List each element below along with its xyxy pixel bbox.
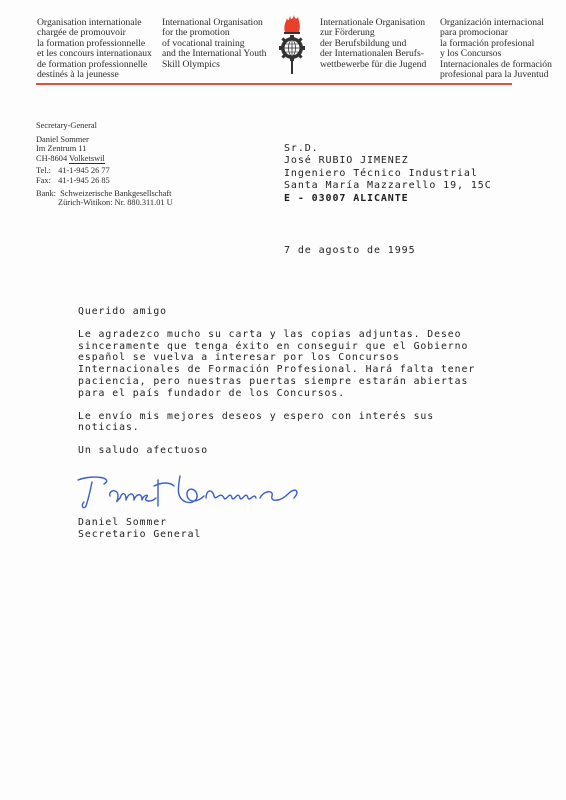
tel-number: 41-1-945 26 77 bbox=[58, 166, 110, 175]
letterhead-german: Internationale Organisationzur Förderung… bbox=[320, 18, 426, 70]
letterhead-english: International Organisationfor the promot… bbox=[162, 18, 266, 70]
paragraph-2: Le envío mis mejores deseos y espero con… bbox=[78, 411, 475, 435]
bank-name: Schweizerische Bankgesellschaft bbox=[60, 189, 171, 198]
body-line: Internacionales de Formación Profesional… bbox=[78, 364, 475, 376]
sender-city: Volketswil bbox=[69, 154, 105, 164]
fax-label: Fax: bbox=[36, 176, 56, 186]
letterhead-line: destinés à la jeunesse bbox=[37, 70, 152, 80]
body-line: sinceramente que tenga éxito en consegui… bbox=[78, 341, 475, 353]
recipient-address: Sr.D. José RUBIO JIMENEZ Ingeniero Técni… bbox=[284, 143, 492, 205]
body-line: español se vuelva a interesar por los Co… bbox=[78, 352, 475, 364]
letterhead-french: Organisation internationalechargée de pr… bbox=[37, 18, 152, 80]
signoff-name: Daniel Sommer bbox=[78, 517, 201, 529]
letterhead-divider bbox=[36, 83, 512, 85]
recipient-name: José RUBIO JIMENEZ bbox=[284, 155, 492, 167]
sender-postal-prefix: CH-8604 bbox=[36, 154, 67, 163]
letterhead-line: wettbewerbe für die Jugend bbox=[320, 60, 426, 70]
greeting: Querido amigo bbox=[78, 306, 475, 318]
sender-street: Im Zentrum 11 bbox=[36, 144, 173, 154]
body-line: Le envío mis mejores deseos y espero con… bbox=[78, 411, 475, 423]
signoff-block: Daniel Sommer Secretario General bbox=[78, 517, 201, 541]
letterhead-line: profesional para la Juventud bbox=[440, 70, 552, 80]
recipient-street: Santa María Mazzarello 19, 15C bbox=[284, 180, 492, 192]
recipient-title: Ingeniero Técnico Industrial bbox=[284, 168, 492, 180]
sender-block: Secretary-General Daniel Sommer Im Zentr… bbox=[36, 121, 173, 211]
body-line: Le agradezco mucho su carta y las copias… bbox=[78, 329, 475, 341]
letter-body: Querido amigo Le agradezco mucho su cart… bbox=[78, 306, 475, 468]
bank-label: Bank: bbox=[36, 189, 58, 199]
fax-number: 41-1-945 26 85 bbox=[58, 176, 110, 185]
paragraph-1: Le agradezco mucho su carta y las copias… bbox=[78, 329, 475, 400]
tel-label: Tel.: bbox=[36, 166, 56, 176]
sender-role: Secretary-General bbox=[36, 121, 173, 131]
letter-date: 7 de agosto de 1995 bbox=[284, 245, 416, 256]
closing: Un saludo afectuoso bbox=[78, 445, 475, 457]
recipient-postal: E - 03007 ALICANTE bbox=[284, 193, 492, 205]
flame-gear-globe-icon bbox=[277, 14, 307, 76]
letterhead-line: Skill Olympics bbox=[162, 60, 266, 70]
bank-account: Zürich-Witikon: Nr. 880.311.01 U bbox=[36, 198, 173, 208]
signoff-title: Secretario General bbox=[78, 529, 201, 541]
recipient-salutation: Sr.D. bbox=[284, 143, 492, 155]
body-line: para el país fundador de los Concursos. bbox=[78, 388, 475, 400]
body-line: noticias. bbox=[78, 422, 475, 434]
handwritten-signature-icon bbox=[74, 472, 354, 512]
letterhead-spanish: Organización internacionalpara promocion… bbox=[440, 18, 552, 80]
body-line: paciencia, pero nuestras puertas siempre… bbox=[78, 376, 475, 388]
sender-name: Daniel Sommer bbox=[36, 135, 173, 145]
